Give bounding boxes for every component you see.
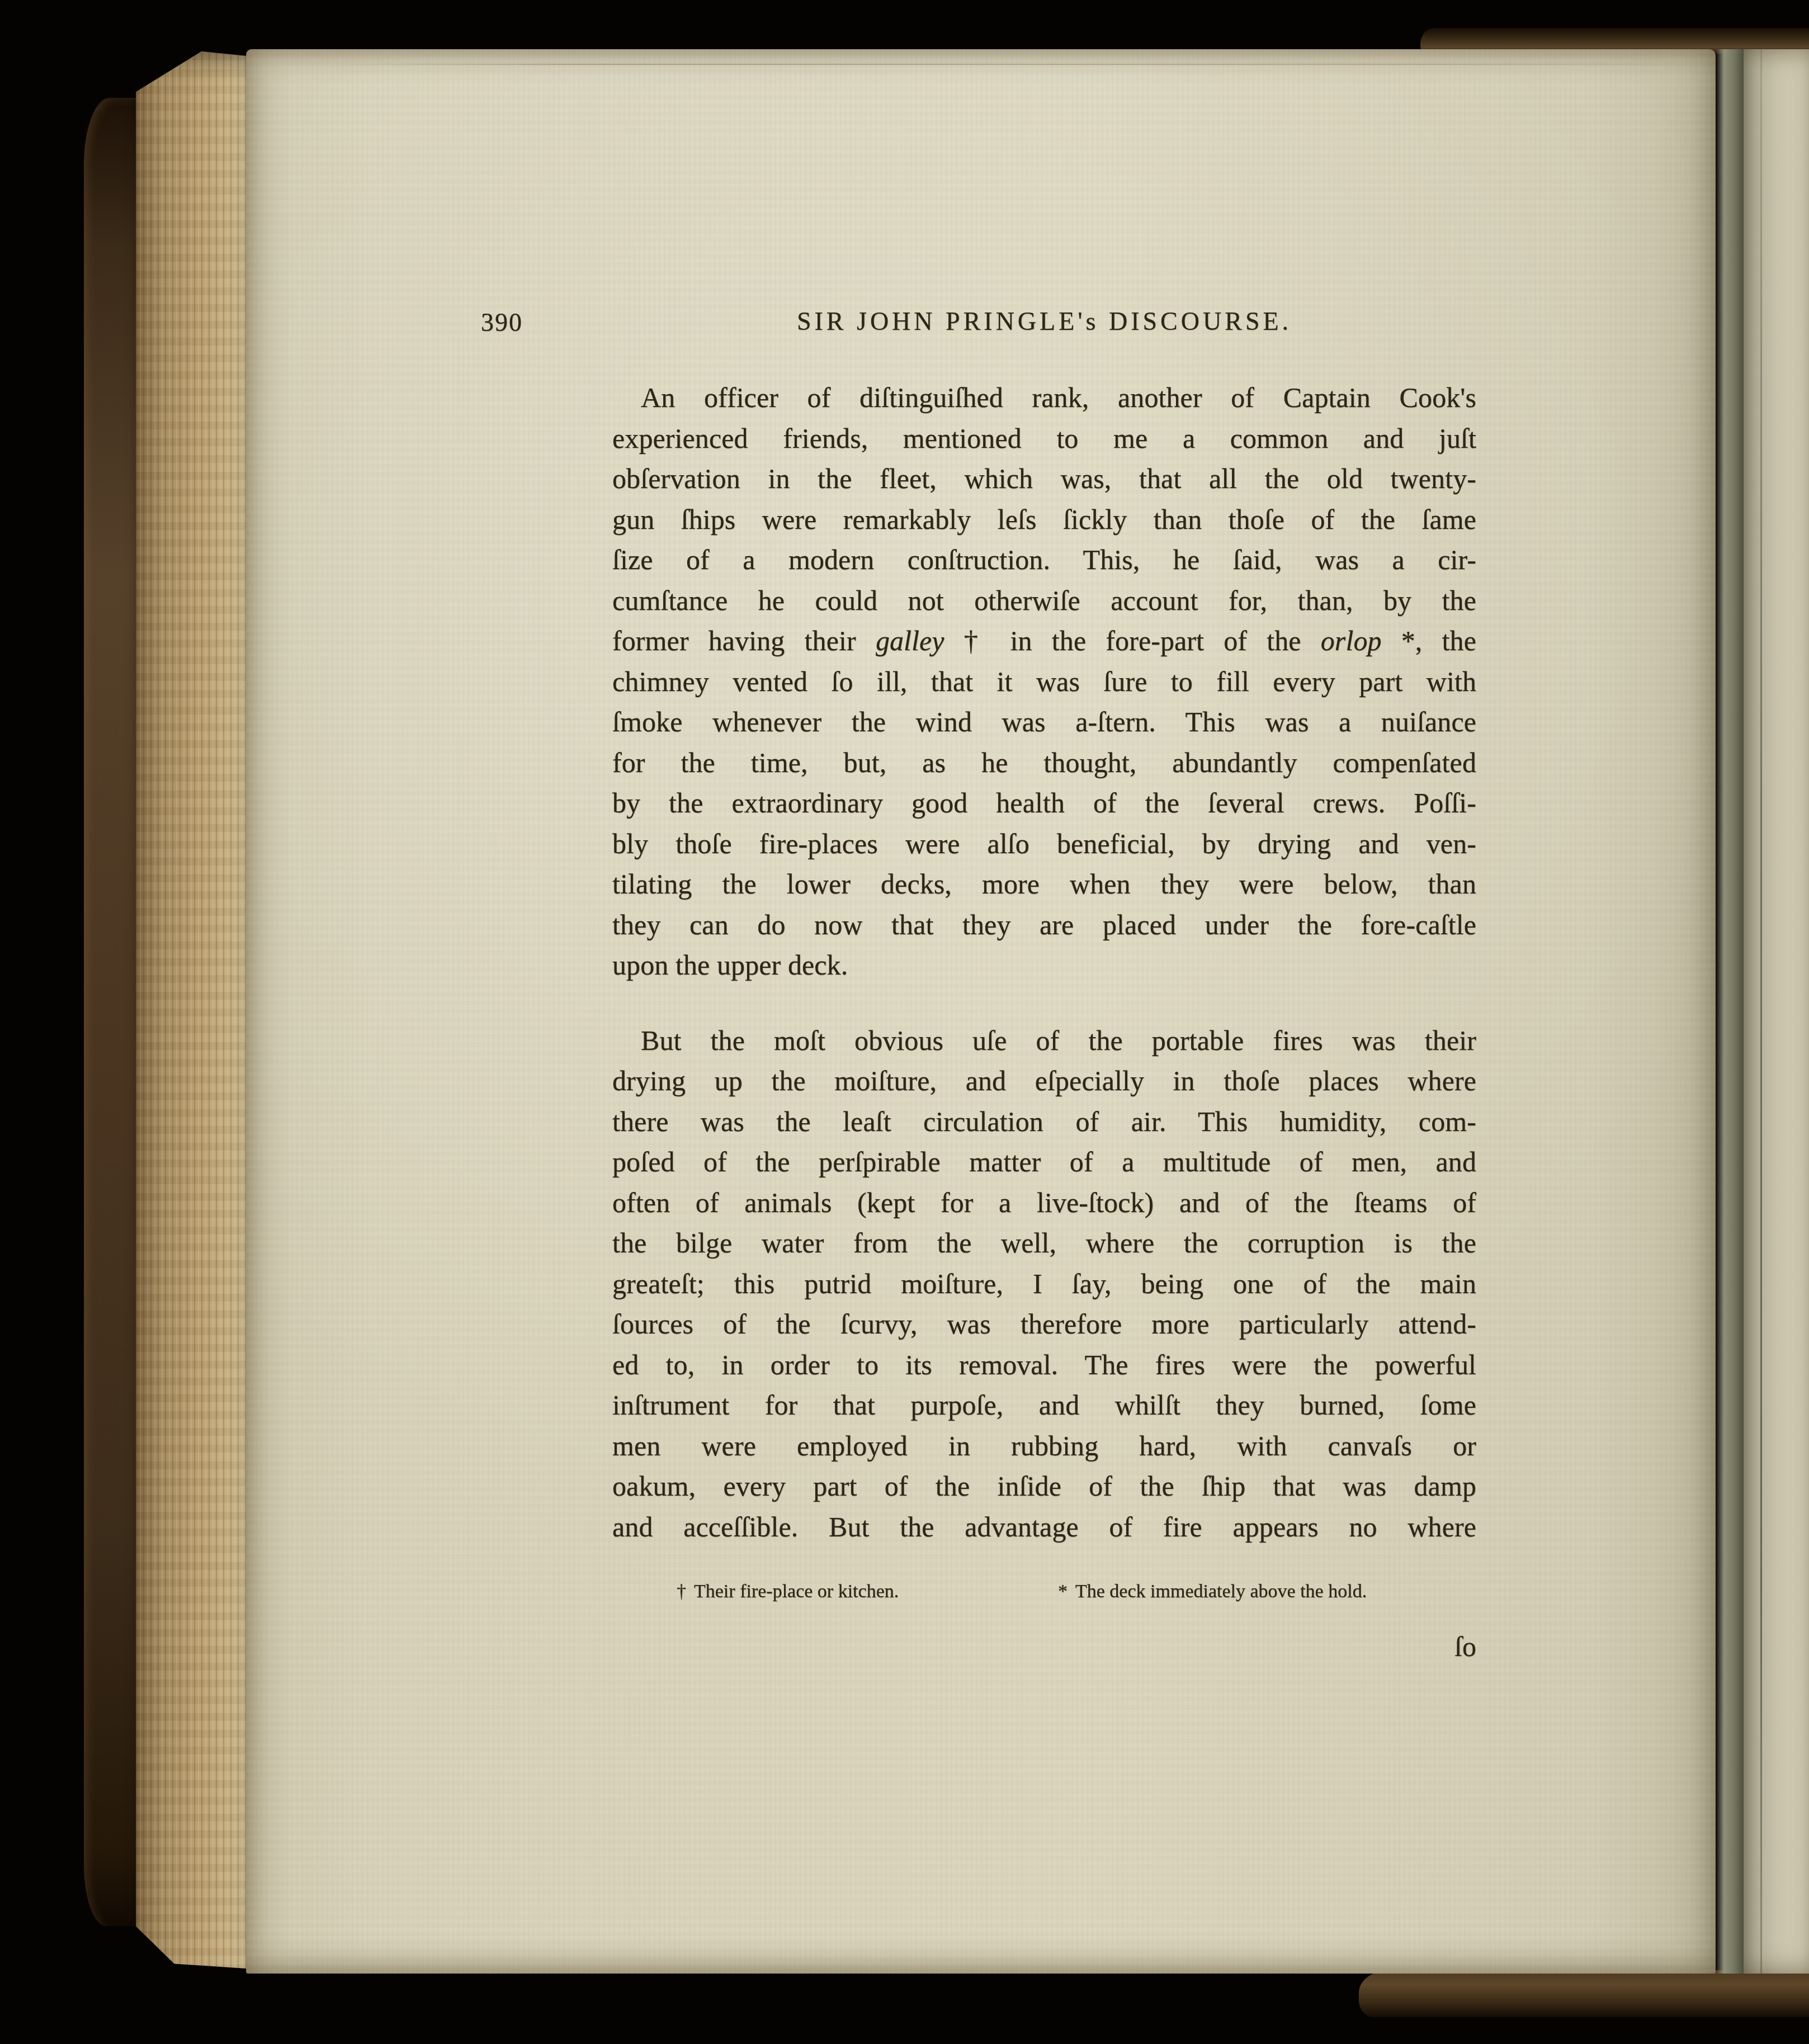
text-line: former having their galley † in the fore… — [612, 621, 1476, 661]
text-segment: But the moſt obvious uſe of the portable… — [641, 1025, 1476, 1056]
text-segment: ſize of a modern conſtruction. This, he … — [612, 544, 1476, 575]
footnotes: †Their fire-place or kitchen. *The deck … — [246, 1581, 1716, 1615]
paragraph: But the moſt obvious uſe of the portable… — [612, 1020, 1476, 1548]
text-segment: chimney vented ſo ill, that it was ſure … — [612, 666, 1476, 697]
footnote-text: Their fire-place or kitchen. — [694, 1581, 899, 1602]
text-line: by the extraordinary good health of the … — [612, 783, 1476, 824]
text-segment: ed to, in order to its removal. The fire… — [612, 1349, 1476, 1380]
running-header: SIR JOHN PRINGLE's DISCOURSE. — [612, 306, 1476, 336]
page-edges-stack — [136, 51, 249, 1972]
text-line: they can do now that they are placed und… — [612, 905, 1476, 945]
gutter-shadow — [1716, 49, 1744, 1974]
text-segment: inſtrument for that purpoſe, and whilſt … — [612, 1389, 1476, 1421]
text-line: ſources of the ſcurvy, was therefore mor… — [612, 1304, 1476, 1345]
text-segment: *, the — [1382, 625, 1476, 656]
text-line: upon the upper deck. — [612, 945, 1476, 986]
text-line: obſervation in the fleet, which was, tha… — [612, 458, 1476, 499]
text-line: oakum, every part of the inſide of the ſ… — [612, 1466, 1476, 1507]
catchword: ſo — [612, 1630, 1476, 1663]
text-segment: men were employed in rubbing hard, with … — [612, 1430, 1476, 1461]
footnote-asterisk: *The deck immediately above the hold. — [1058, 1581, 1367, 1602]
text-line: cumſtance he could not otherwiſe account… — [612, 580, 1476, 621]
text-line: greateſt; this putrid moiſture, I ſay, b… — [612, 1264, 1476, 1304]
photo-background: 390 SIR JOHN PRINGLE's DISCOURSE. An off… — [0, 0, 1809, 2044]
text-line: ed to, in order to its removal. The fire… — [612, 1345, 1476, 1385]
text-segment: ſmoke whenever the wind was a-ſtern. Thi… — [612, 706, 1476, 737]
text-segment: the bilge water from the well, where the… — [612, 1227, 1476, 1258]
footnote-dagger: †Their fire-place or kitchen. — [677, 1581, 899, 1602]
text-line: men were employed in rubbing hard, with … — [612, 1426, 1476, 1466]
text-segment: † in the fore-part of the — [944, 625, 1321, 656]
text-line: the bilge water from the well, where the… — [612, 1223, 1476, 1264]
text-segment: and acceſſible. But the advantage of fir… — [612, 1511, 1476, 1543]
text-line: chimney vented ſo ill, that it was ſure … — [612, 661, 1476, 702]
text-segment: by the extraordinary good health of the … — [612, 787, 1476, 818]
text-segment: cumſtance he could not otherwiſe account… — [612, 585, 1476, 616]
text-segment: drying up the moiſture, and eſpecially i… — [612, 1065, 1476, 1096]
text-line: ſmoke whenever the wind was a-ſtern. Thi… — [612, 702, 1476, 742]
text-segment: oakum, every part of the inſide of the ſ… — [612, 1470, 1476, 1502]
facing-leaf-line — [1760, 49, 1762, 1974]
text-line: often of animals (kept for a live-ſtock)… — [612, 1182, 1476, 1223]
text-segment: they can do now that they are placed und… — [612, 909, 1476, 940]
text-segment: for the time, but, as he thought, abunda… — [612, 747, 1476, 778]
book-cover-edge-bottom — [1359, 1970, 1809, 2017]
text-line: tilating the lower decks, more when they… — [612, 864, 1476, 905]
leaf-edge-line — [334, 64, 1701, 65]
italic-text: orlop — [1321, 625, 1382, 656]
text-line: inſtrument for that purpoſe, and whilſt … — [612, 1385, 1476, 1426]
text-segment: experienced friends, mentioned to me a c… — [612, 423, 1476, 454]
text-segment: bly thoſe fire-places were alſo benefici… — [612, 828, 1476, 859]
text-line: bly thoſe fire-places were alſo benefici… — [612, 824, 1476, 864]
facing-page-edge — [1744, 49, 1809, 1974]
text-segment: upon the upper deck. — [612, 949, 848, 981]
text-line: poſed of the perſpirable matter of a mul… — [612, 1142, 1476, 1182]
italic-text: galley — [876, 625, 944, 656]
text-segment: often of animals (kept for a live-ſtock)… — [612, 1187, 1476, 1218]
text-line: and acceſſible. But the advantage of fir… — [612, 1507, 1476, 1548]
paragraph: An officer of diſtinguiſhed rank, anothe… — [612, 377, 1476, 986]
text-segment: obſervation in the fleet, which was, tha… — [612, 463, 1476, 494]
body-text: An officer of diſtinguiſhed rank, anothe… — [612, 377, 1476, 1547]
text-line: gun ſhips were remarkably leſs ſickly th… — [612, 499, 1476, 540]
text-segment: there was the leaſt circulation of air. … — [612, 1106, 1476, 1137]
text-line: experienced friends, mentioned to me a c… — [612, 418, 1476, 459]
text-line: there was the leaſt circulation of air. … — [612, 1101, 1476, 1142]
dagger-marker: † — [677, 1581, 694, 1602]
text-line: ſize of a modern conſtruction. This, he … — [612, 540, 1476, 580]
text-segment: ſources of the ſcurvy, was therefore mor… — [612, 1308, 1476, 1340]
text-segment: poſed of the perſpirable matter of a mul… — [612, 1146, 1476, 1177]
text-segment: former having their — [612, 625, 876, 656]
text-segment: An officer of diſtinguiſhed rank, anothe… — [641, 382, 1476, 413]
book-spine-leather — [84, 98, 143, 1926]
text-segment: greateſt; this putrid moiſture, I ſay, b… — [612, 1268, 1476, 1299]
text-line: for the time, but, as he thought, abunda… — [612, 742, 1476, 783]
asterisk-marker: * — [1058, 1581, 1075, 1602]
text-line: An officer of diſtinguiſhed rank, anothe… — [612, 377, 1476, 418]
page-number: 390 — [481, 307, 523, 337]
text-segment: gun ſhips were remarkably leſs ſickly th… — [612, 504, 1476, 535]
book-page: 390 SIR JOHN PRINGLE's DISCOURSE. An off… — [246, 49, 1716, 1974]
footnote-text: The deck immediately above the hold. — [1075, 1581, 1367, 1602]
text-line: drying up the moiſture, and eſpecially i… — [612, 1061, 1476, 1101]
text-line: But the moſt obvious uſe of the portable… — [612, 1020, 1476, 1061]
text-segment: tilating the lower decks, more when they… — [612, 868, 1476, 900]
